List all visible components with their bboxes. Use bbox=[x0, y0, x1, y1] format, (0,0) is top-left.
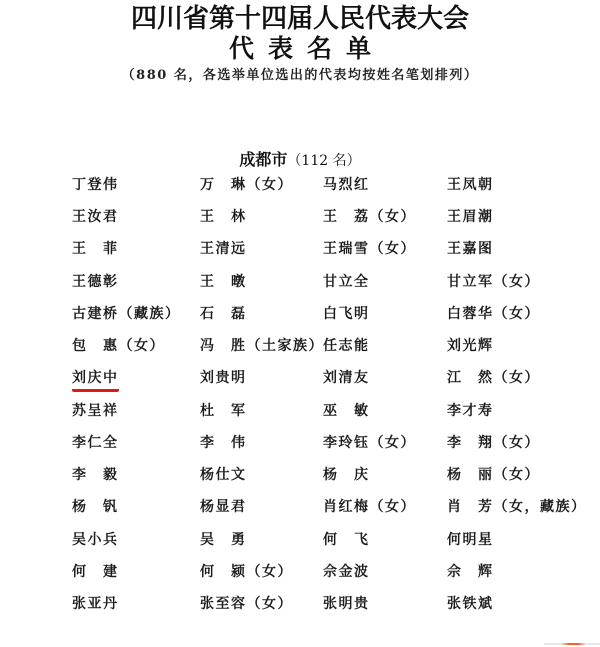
delegate-name: 王眉潮 bbox=[447, 208, 494, 226]
delegate-name: 张亚丹 bbox=[72, 595, 119, 613]
table-row: 何 建 何 颍（女） 佘金波 佘 辉 bbox=[0, 563, 600, 595]
delegate-name: 张铁斌 bbox=[447, 595, 494, 613]
table-row: 李 毅 杨仕文 杨 庆 杨 丽（女） bbox=[0, 466, 600, 498]
delegate-name: 冯 胜（土家族） bbox=[200, 337, 324, 355]
delegate-name: 肖 芳（女，藏族） bbox=[447, 498, 587, 516]
delegate-name: 张明贵 bbox=[323, 595, 370, 613]
delegate-name: 何 颍（女） bbox=[200, 563, 293, 581]
section-city: 成都市 bbox=[239, 150, 287, 169]
table-row: 丁登伟 万 琳（女） 马烈红 王凤朝 bbox=[0, 176, 600, 208]
delegate-name: 王汝君 bbox=[72, 208, 119, 226]
delegate-name: 何 飞 bbox=[323, 531, 370, 549]
delegate-name: 万 琳（女） bbox=[200, 176, 293, 194]
delegate-name: 杜 军 bbox=[200, 402, 247, 420]
delegate-name: 何明星 bbox=[447, 531, 494, 549]
document-note: （880 名，各选举单位选出的代表均按姓名笔划排列） bbox=[0, 68, 600, 84]
highlighted-delegate-name: 刘庆中 bbox=[72, 369, 119, 392]
delegate-name: 任志能 bbox=[323, 337, 370, 355]
delegate-name: 杨显君 bbox=[200, 498, 247, 516]
table-row: 古建桥（藏族） 石 磊 白飞明 白蓉华（女） bbox=[0, 305, 600, 337]
table-row: 杨 钒 杨显君 肖红梅（女） 肖 芳（女，藏族） bbox=[0, 498, 600, 530]
delegate-name: 何 建 bbox=[72, 563, 119, 581]
delegate-name: 丁登伟 bbox=[72, 176, 119, 194]
delegate-name: 王 菲 bbox=[72, 240, 119, 258]
table-row: 王 菲 王清远 王瑞雪（女） 王嘉图 bbox=[0, 240, 600, 272]
delegate-name: 李仁全 bbox=[72, 434, 119, 452]
delegate-name: 刘贵明 bbox=[200, 369, 247, 387]
table-row: 王德彰 王 暾 甘立全 甘立军（女） bbox=[0, 273, 600, 305]
delegate-name: 马烈红 bbox=[323, 176, 370, 194]
delegate-name: 佘 辉 bbox=[447, 563, 494, 581]
delegate-name: 刘光辉 bbox=[447, 337, 494, 355]
delegate-name: 王 暾 bbox=[200, 273, 247, 291]
table-row: 包 惠（女） 冯 胜（土家族） 任志能 刘光辉 bbox=[0, 337, 600, 369]
delegate-name: 王凤朝 bbox=[447, 176, 494, 194]
delegate-name: 白飞明 bbox=[323, 305, 370, 323]
corner-mark bbox=[544, 643, 600, 645]
delegate-name: 江 然（女） bbox=[447, 369, 540, 387]
delegate-name: 王嘉图 bbox=[447, 240, 494, 258]
delegate-name: 吴 勇 bbox=[200, 531, 247, 549]
delegate-name: 李 毅 bbox=[72, 466, 119, 484]
section-heading: 成都市（112 名） bbox=[0, 150, 600, 171]
delegate-name: 王德彰 bbox=[72, 273, 119, 291]
delegate-name: 李玲钰（女） bbox=[323, 434, 416, 452]
delegate-name: 甘立全 bbox=[323, 273, 370, 291]
delegate-name: 古建桥（藏族） bbox=[72, 305, 181, 323]
delegate-name: 石 磊 bbox=[200, 305, 247, 323]
delegate-name: 杨 庆 bbox=[323, 466, 370, 484]
table-row: 张亚丹 张至容（女） 张明贵 张铁斌 bbox=[0, 595, 600, 627]
table-row: 王汝君 王 林 王 荔（女） 王眉潮 bbox=[0, 208, 600, 240]
delegate-name: 李 伟 bbox=[200, 434, 247, 452]
document-title: 四川省第十四届人民代表大会 bbox=[0, 4, 600, 34]
delegate-name: 肖红梅（女） bbox=[323, 498, 416, 516]
delegate-name: 巫 敏 bbox=[323, 402, 370, 420]
delegate-name: 李 翔（女） bbox=[447, 434, 540, 452]
delegate-name: 包 惠（女） bbox=[72, 337, 165, 355]
delegate-name: 王瑞雪（女） bbox=[323, 240, 416, 258]
delegate-name: 杨 钒 bbox=[72, 498, 119, 516]
delegate-name: 李才寿 bbox=[447, 402, 494, 420]
delegate-name: 张至容（女） bbox=[200, 595, 293, 613]
section-count: （112 名） bbox=[287, 153, 360, 169]
delegate-name: 杨仕文 bbox=[200, 466, 247, 484]
table-row: 苏呈祥 杜 军 巫 敏 李才寿 bbox=[0, 402, 600, 434]
delegate-name: 苏呈祥 bbox=[72, 402, 119, 420]
delegate-name: 王 荔（女） bbox=[323, 208, 416, 226]
delegate-name: 白蓉华（女） bbox=[447, 305, 540, 323]
table-row: 李仁全 李 伟 李玲钰（女） 李 翔（女） bbox=[0, 434, 600, 466]
document-subtitle: 代表名单 bbox=[0, 34, 600, 64]
delegate-name: 佘金波 bbox=[323, 563, 370, 581]
delegate-name: 王 林 bbox=[200, 208, 247, 226]
delegate-name: 杨 丽（女） bbox=[447, 466, 540, 484]
delegate-name: 甘立军（女） bbox=[447, 273, 540, 291]
delegate-name: 刘清友 bbox=[323, 369, 370, 387]
delegate-name: 王清远 bbox=[200, 240, 247, 258]
delegate-name: 吴小兵 bbox=[72, 531, 119, 549]
table-row: 刘庆中 刘贵明 刘清友 江 然（女） bbox=[0, 369, 600, 401]
table-row: 吴小兵 吴 勇 何 飞 何明星 bbox=[0, 531, 600, 563]
